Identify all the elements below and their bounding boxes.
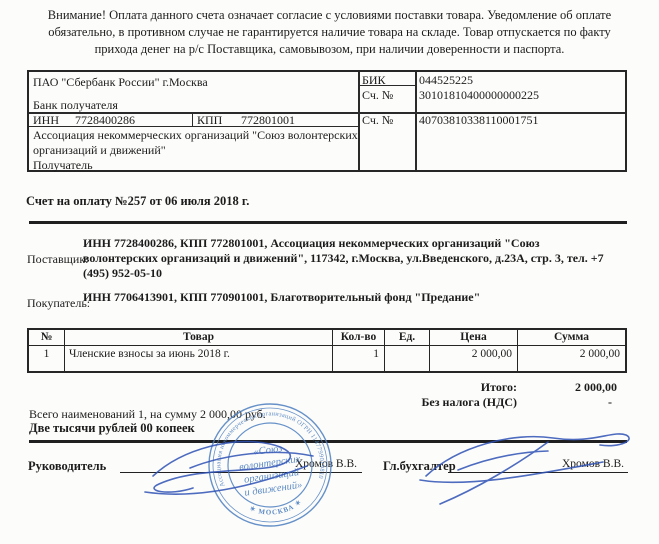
inn-label: ИНН — [33, 113, 59, 128]
totals-block: Итого: 2 000,00 Без налога (НДС) - — [330, 380, 620, 409]
accountant-signature-line — [448, 472, 628, 473]
recipient-name-line: Ассоциация некоммерческих организаций "С… — [33, 128, 358, 143]
stamp-center-line: организаций — [243, 467, 300, 486]
amount-in-words: Две тысячи рублей 00 копеек — [29, 421, 195, 436]
supplier-details: ИНН 7728400286, КПП 772801001, Ассоциаци… — [83, 236, 639, 281]
items-table-header: № Товар Кол-во Ед. Цена Сумма — [29, 330, 625, 346]
item-price: 2 000,00 — [430, 346, 518, 371]
item-unit — [385, 346, 430, 371]
total-row: Итого: 2 000,00 — [330, 380, 620, 395]
separator-rule — [29, 221, 627, 224]
supplier-label: Поставщик: — [27, 252, 89, 267]
col-header-qty: Кол-во — [333, 330, 385, 345]
accountant-label: Гл.бухгалтер — [383, 459, 456, 474]
director-signature-line — [120, 472, 362, 473]
bik-value: 044525225 — [419, 73, 473, 88]
buyer-details: ИНН 7706413901, КПП 770901001, Благотвор… — [83, 290, 480, 305]
corr-account-value: 30101810400000000225 — [419, 88, 539, 103]
separator-rule — [29, 440, 627, 443]
supplier-line: (495) 952-05-10 — [83, 266, 639, 281]
items-table: № Товар Кол-во Ед. Цена Сумма 1 Членские… — [27, 328, 627, 373]
recipient-caption: Получатель — [33, 158, 93, 173]
table-divider — [358, 72, 360, 170]
kpp-value: 772801001 — [241, 113, 295, 128]
bank-name-caption: Банк получателя — [33, 98, 118, 113]
col-header-product: Товар — [65, 330, 333, 345]
stamp-center-line: волонтерских — [239, 454, 302, 474]
item-product: Членские взносы за июнь 2018 г. — [65, 346, 333, 371]
stamp-center-line: и движений» — [244, 480, 303, 499]
warning-line: прихода денег на р/с Поставщика, самовыв… — [0, 41, 659, 58]
supplier-line: волонтерских организаций и движений", 11… — [83, 251, 639, 266]
warning-line: обязательно, в противном случае не гаран… — [0, 24, 659, 41]
vat-row: Без налога (НДС) - — [330, 395, 620, 410]
total-value: 2 000,00 — [517, 380, 620, 395]
payment-warning: Внимание! Оплата данного счета означает … — [0, 7, 659, 58]
vat-value: - — [517, 395, 620, 410]
corr-account-label: Сч. № — [362, 88, 393, 103]
vat-label: Без налога (НДС) — [330, 395, 517, 410]
kpp-label: КПП — [197, 113, 222, 128]
invoice-title: Счет на оплату №257 от 06 июля 2018 г. — [26, 194, 249, 209]
bank-name: ПАО "Сбербанк России" г.Москва — [33, 75, 208, 90]
total-label: Итого: — [330, 380, 517, 395]
supplier-line: ИНН 7728400286, КПП 772801001, Ассоциаци… — [83, 236, 639, 251]
items-count-line: Всего наименований 1, на сумму 2 000,00 … — [29, 407, 266, 422]
director-name: Хромов В.В. — [295, 458, 357, 470]
stamp-city-text: ✶ МОСКВА ✶ — [247, 497, 305, 520]
item-num: 1 — [29, 346, 65, 371]
director-label: Руководитель — [28, 459, 106, 474]
svg-text:✶ МОСКВА ✶: ✶ МОСКВА ✶ — [247, 497, 305, 520]
item-qty: 1 — [333, 346, 385, 371]
table-row: 1 Членские взносы за июнь 2018 г. 1 2 00… — [29, 346, 625, 371]
invoice-document: Внимание! Оплата данного счета означает … — [0, 0, 659, 544]
buyer-label: Покупатель: — [27, 296, 90, 311]
table-divider — [415, 72, 417, 170]
table-divider — [192, 112, 193, 126]
bank-requisites-table: ПАО "Сбербанк России" г.Москва Банк полу… — [27, 70, 627, 172]
col-header-price: Цена — [430, 330, 518, 345]
account-label: Сч. № — [362, 113, 393, 128]
warning-line: Внимание! Оплата данного счета означает … — [0, 7, 659, 24]
col-header-amount: Сумма — [518, 330, 625, 345]
stamp-center-line: «Союз — [253, 443, 283, 458]
col-header-unit: Ед. — [385, 330, 430, 345]
recipient-name-line: организаций и движений" — [33, 143, 166, 158]
item-amount: 2 000,00 — [518, 346, 625, 371]
bik-label: БИК — [362, 73, 386, 88]
account-value: 40703810338110001751 — [419, 113, 539, 128]
col-header-num: № — [29, 330, 65, 345]
inn-value: 7728400286 — [75, 113, 135, 128]
accountant-name: Хромов В.В. — [562, 458, 624, 470]
